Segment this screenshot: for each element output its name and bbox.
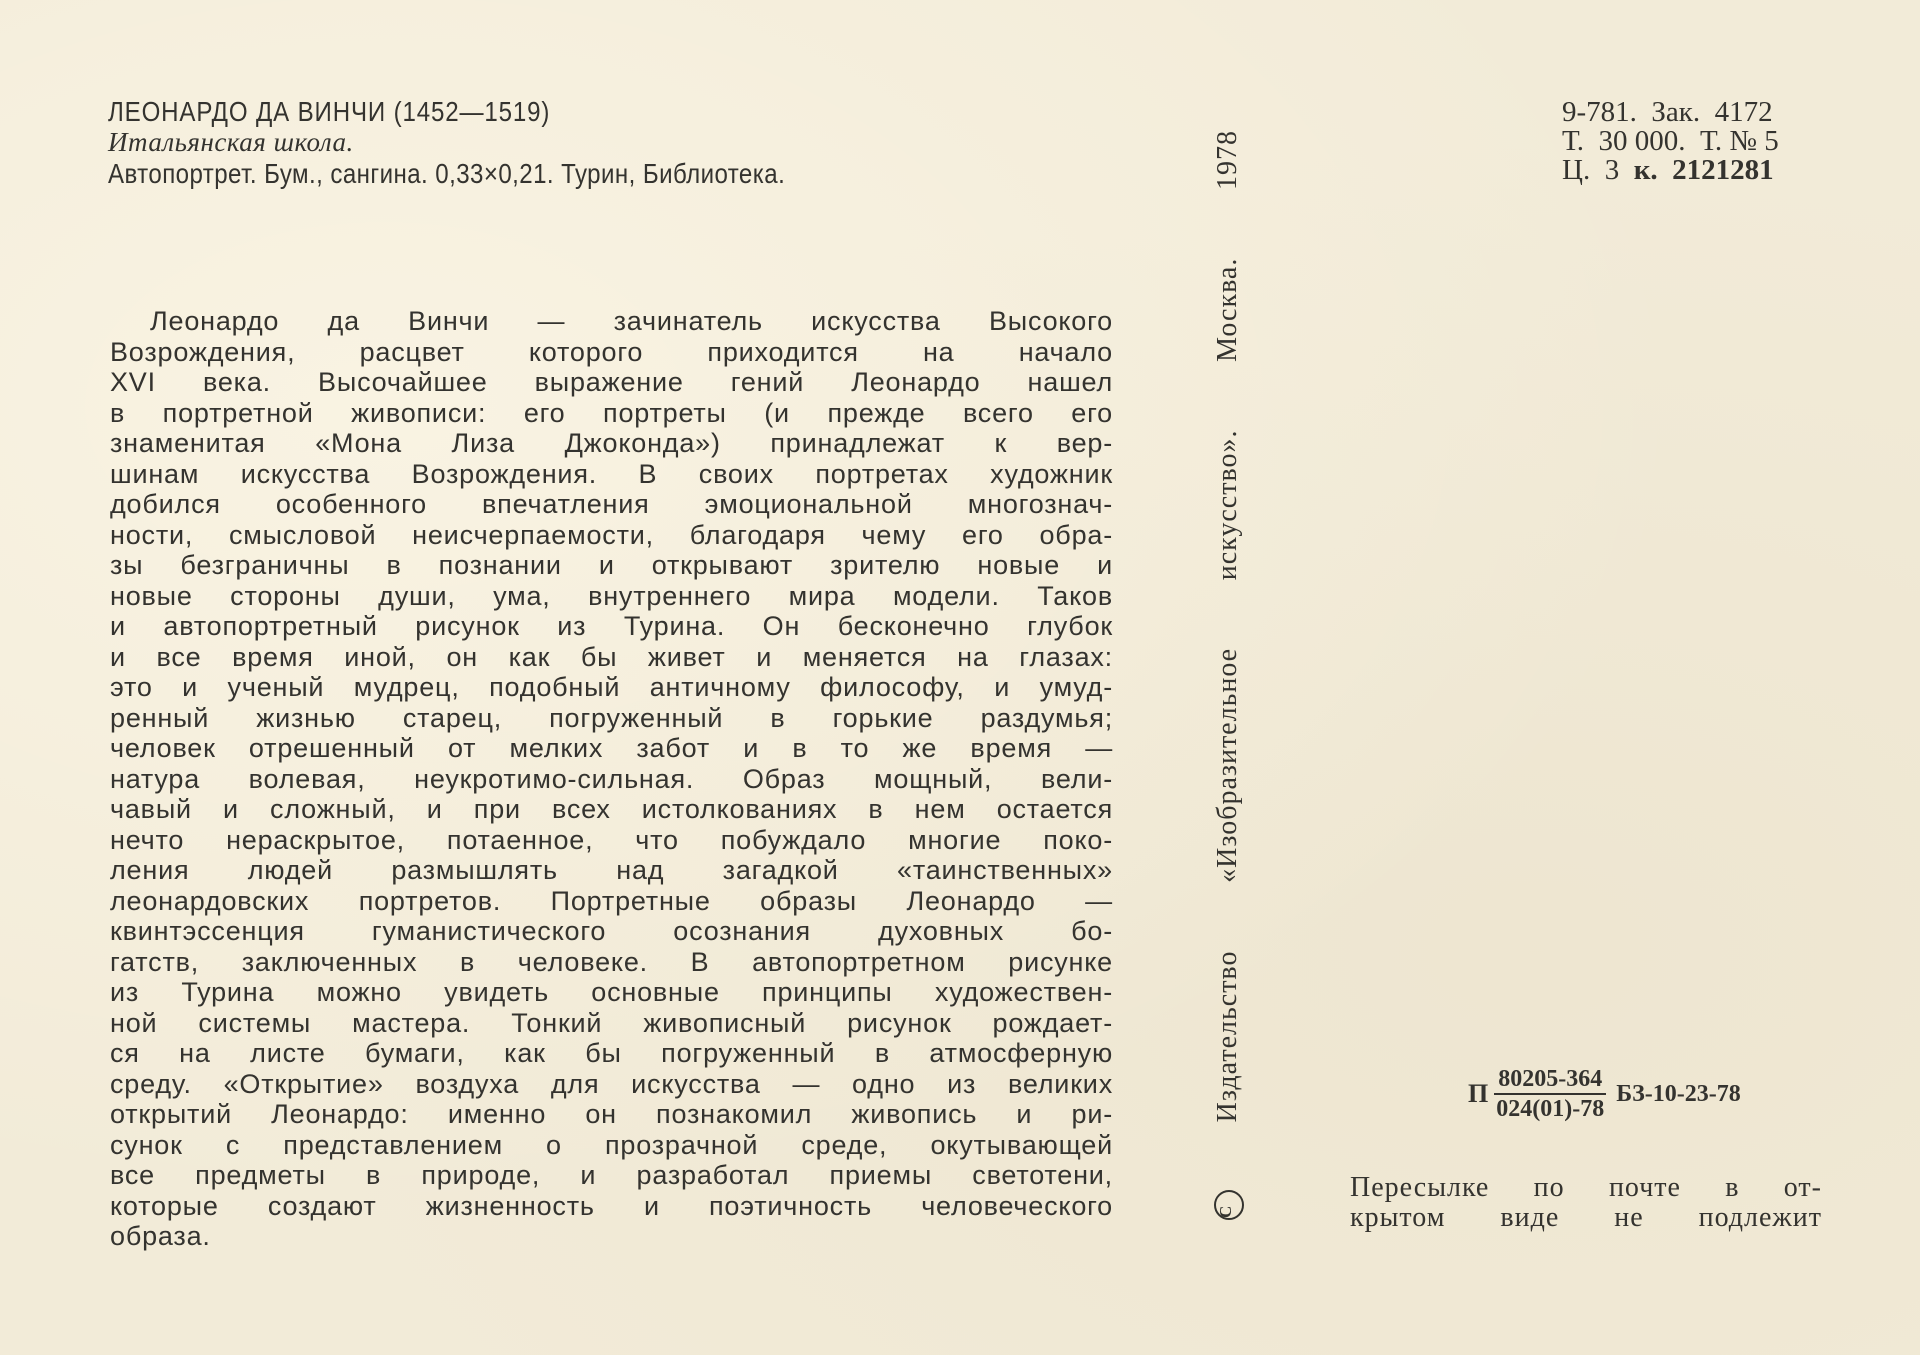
index-suffix: БЗ-10-23-78 <box>1616 1081 1741 1108</box>
publisher-word: «Изобразительное <box>1212 648 1244 883</box>
text-line: леонардовских портретов. Портретные обра… <box>110 886 1113 917</box>
price-unit: к. <box>1634 154 1658 186</box>
text-line: и все время иной, он как бы живет и меня… <box>110 642 1113 673</box>
index-numerator: 80205-364 <box>1494 1066 1606 1095</box>
imprint-run-line: Т. 30 000. Т. № 5 <box>1562 127 1779 156</box>
description-paragraph: Леонардо да Винчи — зачинатель искусства… <box>110 306 1113 1252</box>
text-line: образа. <box>110 1221 1113 1252</box>
publisher-line-vertical: C Издательство «Изобразительное искусств… <box>1212 130 1244 1220</box>
text-line: XVI века. Высочайшее выражение гений Лео… <box>110 367 1113 398</box>
publisher-word: Издательство <box>1212 951 1244 1123</box>
text-line: чавый и сложный, и при всех истолкования… <box>110 794 1113 825</box>
text-line: добился особенного впечатления эмоционал… <box>110 489 1113 520</box>
imprint-order-line: 9-781. Зак. 4172 <box>1562 98 1779 127</box>
copyright-icon: C <box>1214 1190 1244 1220</box>
text-line: гатств, заключенных в человеке. В автопо… <box>110 947 1113 978</box>
postal-note-line: крытом виде не подлежит <box>1350 1203 1822 1233</box>
artist-title: ЛЕОНАРДО ДА ВИНЧИ (1452—1519) <box>108 96 785 127</box>
print-imprint: 9-781. Зак. 4172 Т. 30 000. Т. № 5 Ц. 3 … <box>1562 98 1779 185</box>
art-school: Итальянская школа. <box>108 127 895 158</box>
text-line: все предметы в природе, и разработал при… <box>110 1160 1113 1191</box>
artwork-caption: ЛЕОНАРДО ДА ВИНЧИ (1452—1519) Итальянска… <box>108 96 895 189</box>
text-line: и автопортретный рисунок из Турина. Он б… <box>110 611 1113 642</box>
catalog-index-code: П 80205-364 024(01)-78 БЗ-10-23-78 <box>1468 1066 1741 1122</box>
text-line: среду. «Открытие» воздуха для искусства … <box>110 1069 1113 1100</box>
price-prefix: Ц. 3 <box>1562 154 1634 186</box>
index-fraction: 80205-364 024(01)-78 <box>1494 1066 1606 1122</box>
postal-note: Пересылке по почте в от- крытом виде не … <box>1350 1173 1822 1233</box>
text-line: нечто нераскрытое, потаенное, что побужд… <box>110 825 1113 856</box>
index-prefix: П <box>1468 1079 1488 1109</box>
text-line: человек отрешенный от мелких забот и в т… <box>110 733 1113 764</box>
index-denominator: 024(01)-78 <box>1496 1095 1604 1122</box>
text-line: квинтэссенция гуманистического осознания… <box>110 916 1113 947</box>
text-line: ренный жизнью старец, погруженный в горь… <box>110 703 1113 734</box>
text-line: в портретной живописи: его портреты (и п… <box>110 398 1113 429</box>
publisher-city: Москва. <box>1212 258 1244 362</box>
text-line: шинам искусства Возрождения. В своих пор… <box>110 459 1113 490</box>
publisher-year: 1978 <box>1212 130 1244 190</box>
text-line: ности, смысловой неисчерпаемости, благод… <box>110 520 1113 551</box>
text-line: ной системы мастера. Тонкий живописный р… <box>110 1008 1113 1039</box>
text-line: зы безграничны в познании и открывают зр… <box>110 550 1113 581</box>
text-line: которые создают жизненность и поэтичност… <box>110 1191 1113 1222</box>
publisher-word: искусство». <box>1212 430 1244 581</box>
text-line: Возрождения, расцвет которого приходится… <box>110 337 1113 368</box>
text-line: сунок с представлением о прозрачной сред… <box>110 1130 1113 1161</box>
text-line: из Турина можно увидеть основные принцип… <box>110 977 1113 1008</box>
text-line: ления людей размышлять над загадкой «таи… <box>110 855 1113 886</box>
postal-note-line: Пересылке по почте в от- <box>1350 1173 1822 1203</box>
text-line: открытий Леонардо: именно он познакомил … <box>110 1099 1113 1130</box>
text-line: ся на листе бумаги, как бы погруженный в… <box>110 1038 1113 1069</box>
artwork-description: Автопортрет. Бум., сангина. 0,33×0,21. Т… <box>108 158 785 189</box>
text-line: натура волевая, неукротимо-сильная. Обра… <box>110 764 1113 795</box>
imprint-price-line: Ц. 3 к. 2121281 <box>1562 156 1779 185</box>
text-line: Леонардо да Винчи — зачинатель искусства… <box>110 306 1113 337</box>
text-line: новые стороны души, ума, внутреннего мир… <box>110 581 1113 612</box>
text-line: знаменитая «Мона Лиза Джоконда») принадл… <box>110 428 1113 459</box>
price-code: 2121281 <box>1658 154 1774 186</box>
text-line: это и ученый мудрец, подобный античному … <box>110 672 1113 703</box>
